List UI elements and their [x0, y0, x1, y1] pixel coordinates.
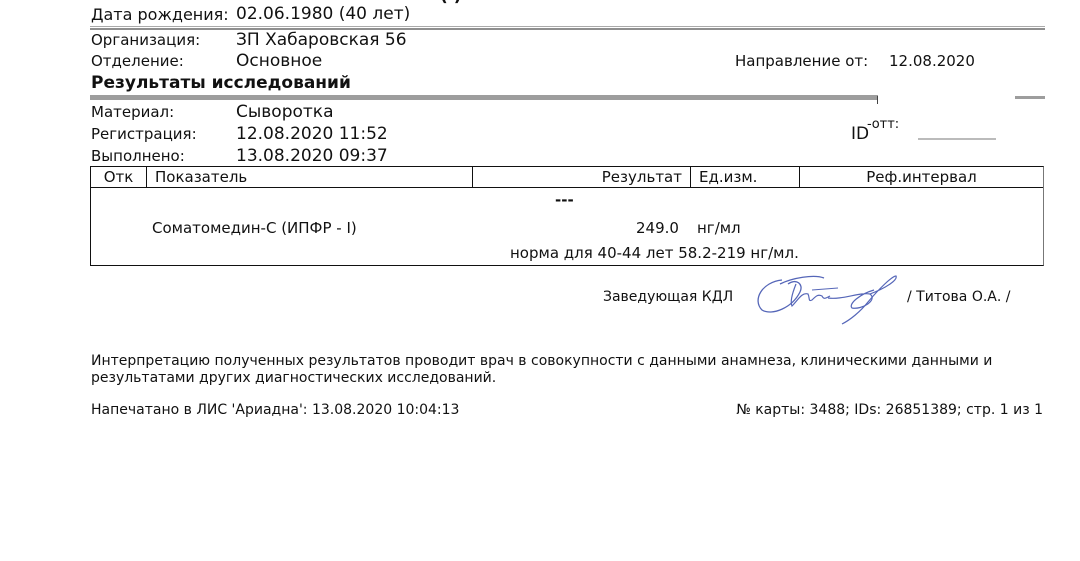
disclaimer-line-2: результатами других диагностических иссл…	[91, 370, 496, 386]
material-label: Материал:	[91, 103, 174, 121]
signature-icon	[752, 270, 902, 326]
registration-label: Регистрация:	[91, 125, 197, 143]
redacted-id-underline	[918, 138, 996, 140]
redaction-patch	[898, 160, 948, 166]
id-fragment: -отт:	[867, 117, 899, 132]
group-separator: ---	[555, 191, 574, 209]
signature-position: Заведующая КДЛ	[603, 289, 733, 305]
birth-date-label: Дата рождения:	[91, 5, 229, 24]
section-divider	[90, 95, 878, 100]
printed-info: Напечатано в ЛИС 'Ариадна': 13.08.2020 1…	[91, 402, 459, 418]
referral-date: 12.08.2020	[889, 52, 975, 70]
material-value: Сыворотка	[236, 102, 334, 122]
header-divider-2	[90, 28, 1045, 30]
organization-value: ЗП Хабаровская 56	[236, 30, 407, 50]
signature-name: / Титова О.А. /	[907, 289, 1010, 305]
department-value: Основное	[236, 51, 322, 71]
results-table: Отк Показатель Результат Ед.изм. Реф.инт…	[90, 166, 1044, 266]
col-unit: Ед.изм.	[691, 167, 800, 187]
completed-label: Выполнено:	[91, 147, 185, 165]
divider-tick	[877, 96, 878, 104]
col-flag: Отк	[91, 167, 147, 187]
section-divider-end	[1015, 96, 1045, 99]
col-indicator: Показатель	[147, 167, 473, 187]
department-label: Отделение:	[91, 52, 184, 70]
cut-off-header-text: ( )	[440, 0, 461, 6]
col-result: Результат	[473, 167, 691, 187]
completed-value: 13.08.2020 09:37	[236, 146, 388, 166]
card-info: № карты: 3488; IDs: 26851389; стр. 1 из …	[736, 402, 1043, 418]
disclaimer-line-1: Интерпретацию полученных результатов про…	[91, 353, 992, 369]
referral-label: Направление от:	[735, 52, 868, 70]
col-ref-interval: Реф.интервал	[800, 167, 1043, 187]
section-title: Результаты исследований	[91, 73, 351, 93]
row-reference-note: норма для 40-44 лет 58.2-219 нг/мл.	[510, 244, 799, 262]
header-divider-1	[90, 26, 1045, 27]
row-indicator: Соматомедин-С (ИПФР - I)	[152, 219, 357, 237]
organization-label: Организация:	[91, 31, 200, 49]
table-header: Отк Показатель Результат Ед.изм. Реф.инт…	[91, 167, 1043, 188]
row-unit: нг/мл	[697, 219, 741, 237]
registration-value: 12.08.2020 11:52	[236, 124, 388, 144]
birth-date-value: 02.06.1980 (40 лет)	[236, 4, 410, 24]
row-result: 249.0	[636, 219, 679, 237]
